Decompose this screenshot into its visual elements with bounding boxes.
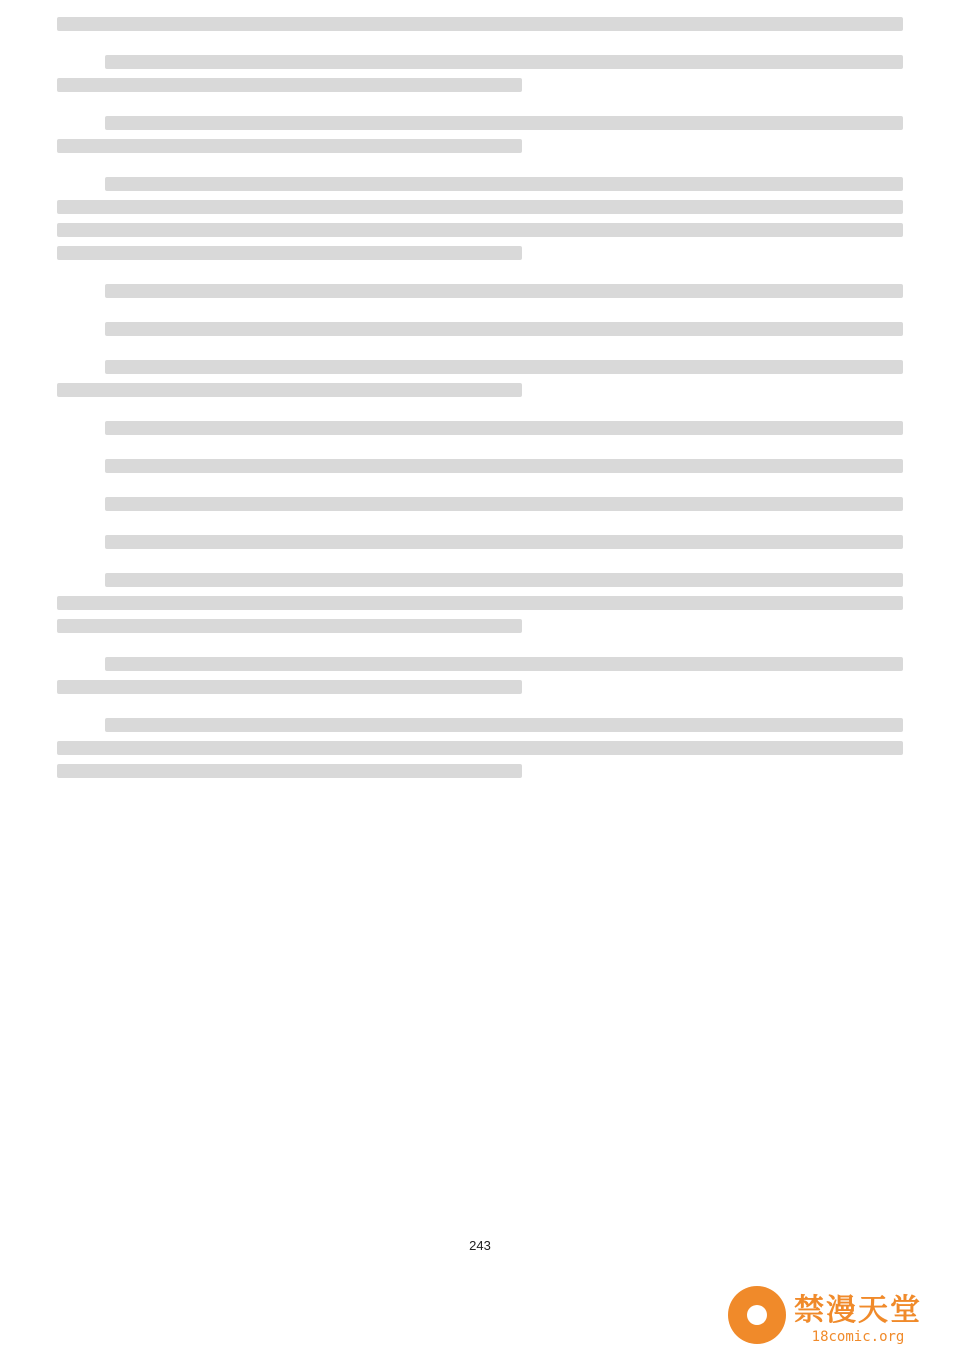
redacted-text-line — [57, 619, 522, 633]
page-number: 243 — [0, 1238, 960, 1253]
paragraph — [57, 535, 903, 549]
redacted-text-line — [105, 55, 903, 69]
paragraph — [57, 497, 903, 511]
paragraph — [57, 421, 903, 435]
redacted-text-line — [105, 322, 903, 336]
paragraph — [57, 177, 903, 260]
redacted-text-line — [57, 741, 903, 755]
redacted-text-line — [105, 459, 903, 473]
paragraph — [57, 322, 903, 336]
paragraph — [57, 360, 903, 397]
redacted-text-line — [105, 177, 903, 191]
redacted-text-line — [57, 200, 903, 214]
redacted-text-line — [105, 573, 903, 587]
redacted-text-line — [105, 657, 903, 671]
paragraph — [57, 284, 903, 298]
paragraph — [57, 459, 903, 473]
watermark-url: 18comic.org — [812, 1329, 905, 1345]
redacted-text-line — [57, 78, 522, 92]
redacted-text-line — [57, 139, 522, 153]
paragraph — [57, 573, 903, 633]
paragraph — [57, 718, 903, 778]
paragraph — [57, 55, 903, 92]
redacted-text-line — [105, 284, 903, 298]
document-body — [57, 8, 903, 802]
redacted-text-line — [105, 535, 903, 549]
redacted-text-line — [57, 17, 903, 31]
watermark-title: 禁漫天堂 — [794, 1285, 922, 1329]
redacted-text-line — [105, 421, 903, 435]
redacted-text-line — [57, 764, 522, 778]
redacted-text-line — [105, 718, 903, 732]
redacted-text-line — [57, 223, 903, 237]
redacted-text-line — [105, 116, 903, 130]
redacted-text-line — [57, 596, 903, 610]
redacted-text-line — [57, 383, 522, 397]
paragraph — [57, 116, 903, 153]
paragraph — [57, 657, 903, 694]
redacted-text-line — [57, 246, 522, 260]
watermark-logo-icon — [728, 1286, 786, 1344]
site-watermark: 禁漫天堂 18comic.org — [728, 1285, 922, 1345]
redacted-text-line — [57, 680, 522, 694]
redacted-text-line — [105, 497, 903, 511]
redacted-text-line — [105, 360, 903, 374]
paragraph — [57, 17, 903, 31]
